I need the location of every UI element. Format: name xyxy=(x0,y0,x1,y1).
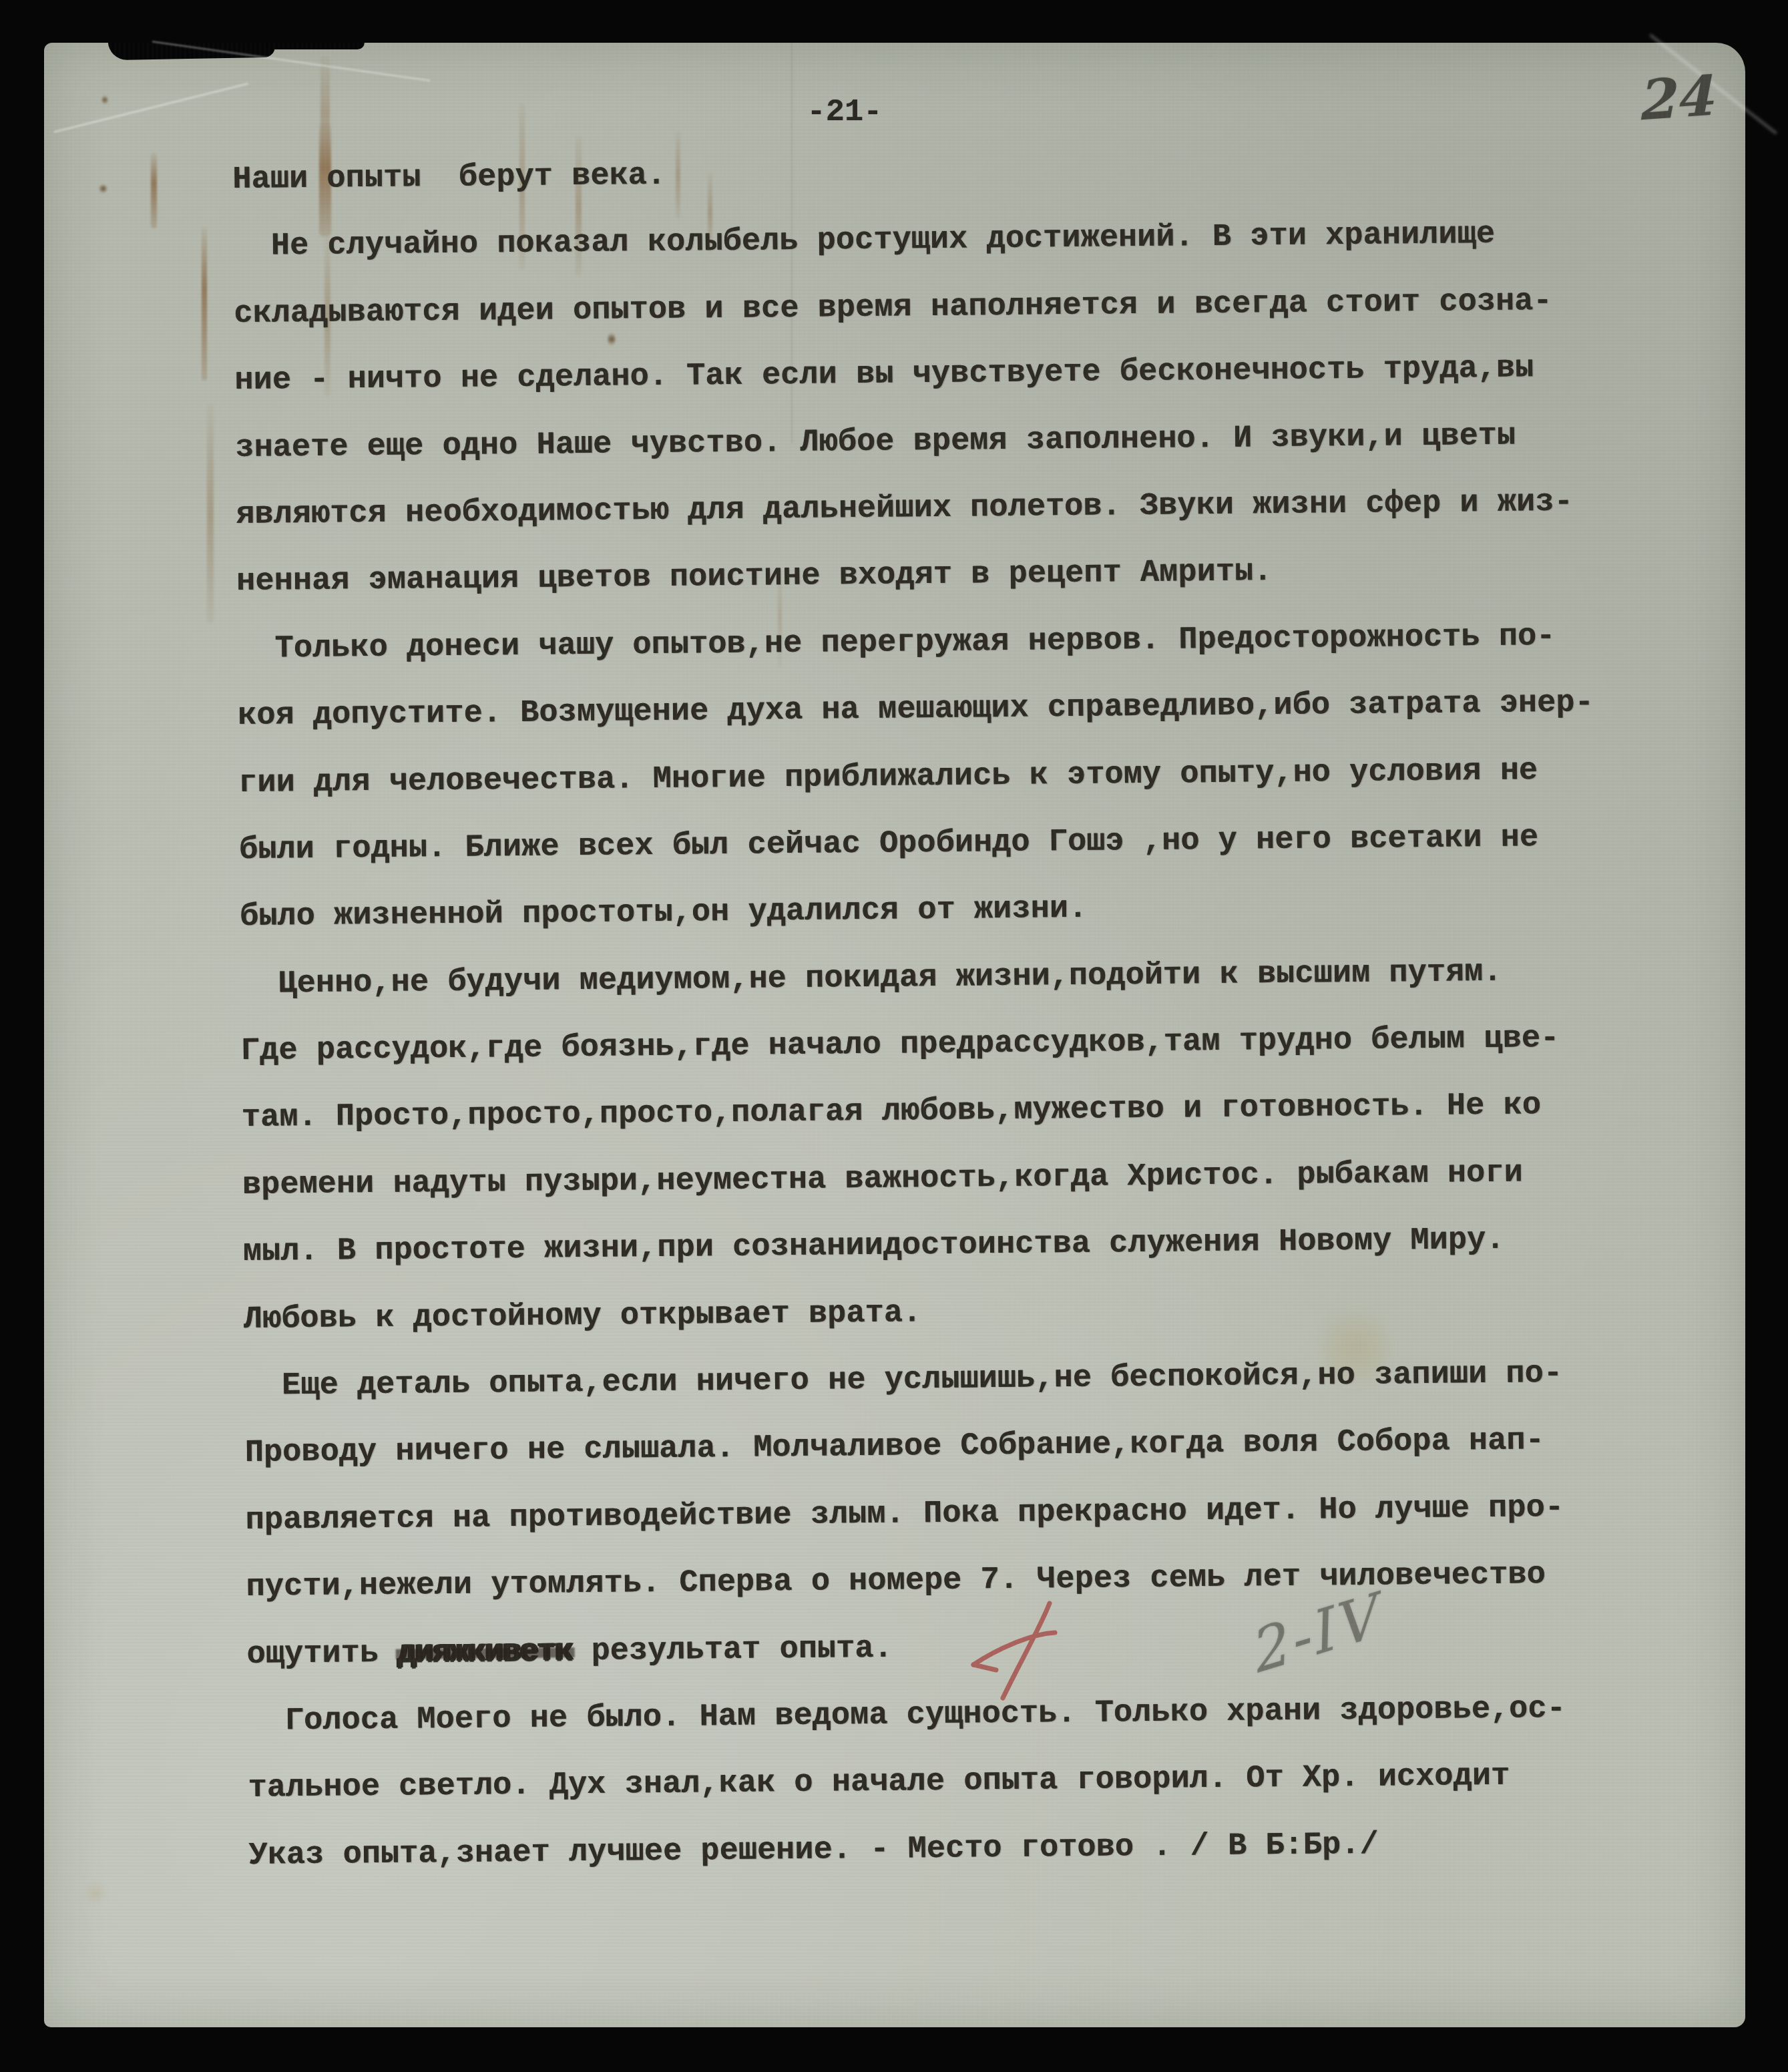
document-page: -21- 24 Наши опыты берут века. Не случай… xyxy=(44,43,1745,2027)
torn-edge-notch xyxy=(108,39,275,60)
ink-speck xyxy=(101,95,108,104)
rust-stain xyxy=(202,227,207,381)
handwritten-page-number: 24 xyxy=(1641,62,1741,143)
typed-line: мыл. В простоте жизни,при сознаниидостои… xyxy=(242,1205,1685,1286)
typed-text: ощутить xyxy=(246,1635,397,1672)
rust-stain xyxy=(207,403,214,624)
red-pencil-arrow-mark xyxy=(968,1599,1062,1703)
typed-line: были годны. Ближе всех был сейчас Оробин… xyxy=(239,803,1682,884)
paper-crease xyxy=(53,83,248,133)
ink-speck xyxy=(99,184,107,193)
typed-text: результат опыта. xyxy=(572,1631,893,1669)
overstruck-word: дияжкиветк xyxy=(397,1634,573,1671)
torn-edge-notch xyxy=(264,40,365,49)
typed-line: коя допустите. Возмущение духа на мешающ… xyxy=(238,669,1681,750)
typed-line: пусти,нежели утомлять. Сперва о номере 7… xyxy=(246,1540,1689,1621)
typed-line: являются необходимостью для дальнейших п… xyxy=(236,468,1679,549)
typed-line: тальное светло. Дух знал,как о начале оп… xyxy=(248,1742,1691,1823)
typed-line: Указ опыта,знает лучшее решение. - Место… xyxy=(248,1809,1691,1890)
rust-stain xyxy=(151,152,157,228)
typed-text-block: Наши опыты берут века. Не случайно показ… xyxy=(232,133,1691,1890)
yellow-stain xyxy=(85,1883,105,1903)
typed-page-number: -21- xyxy=(778,95,911,142)
